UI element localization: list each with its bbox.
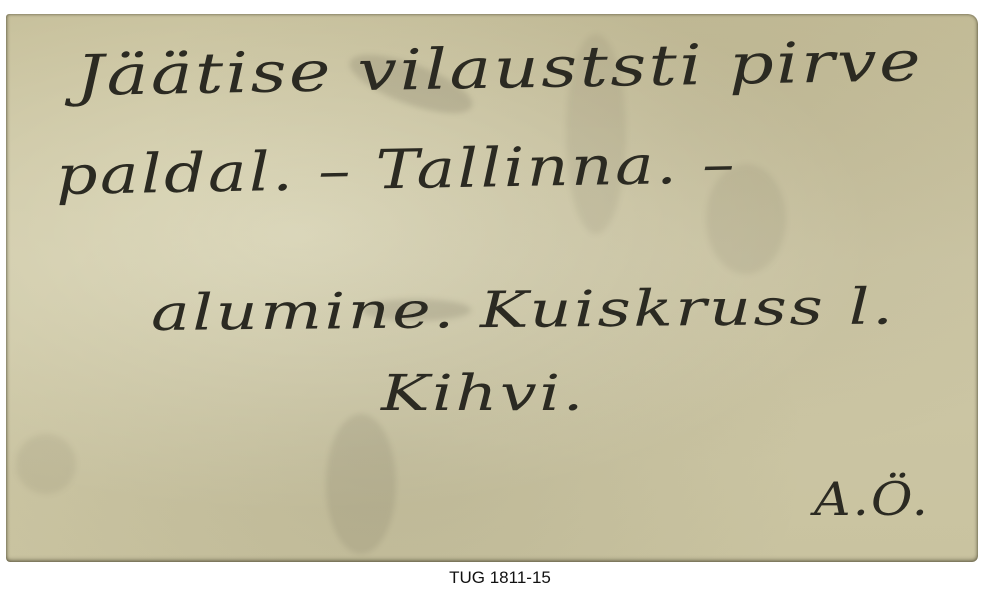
catalog-caption: TUG 1811-15 [0, 568, 1000, 588]
handwritten-line-4: Kihvi. [381, 364, 586, 422]
handwritten-line-1: Jäätise vilauststi pirve [75, 29, 923, 109]
smudge [326, 414, 396, 554]
scan-stage: Jäätise vilauststi pirve paldal. – Talli… [0, 0, 1000, 601]
handwritten-line-3: alumine. Kuiskruss l. [151, 278, 896, 342]
label-card: Jäätise vilauststi pirve paldal. – Talli… [6, 14, 978, 562]
handwritten-line-2: paldal. – Tallinna. – [55, 132, 737, 207]
smudge [16, 434, 76, 494]
signature: A.Ö. [814, 472, 930, 526]
